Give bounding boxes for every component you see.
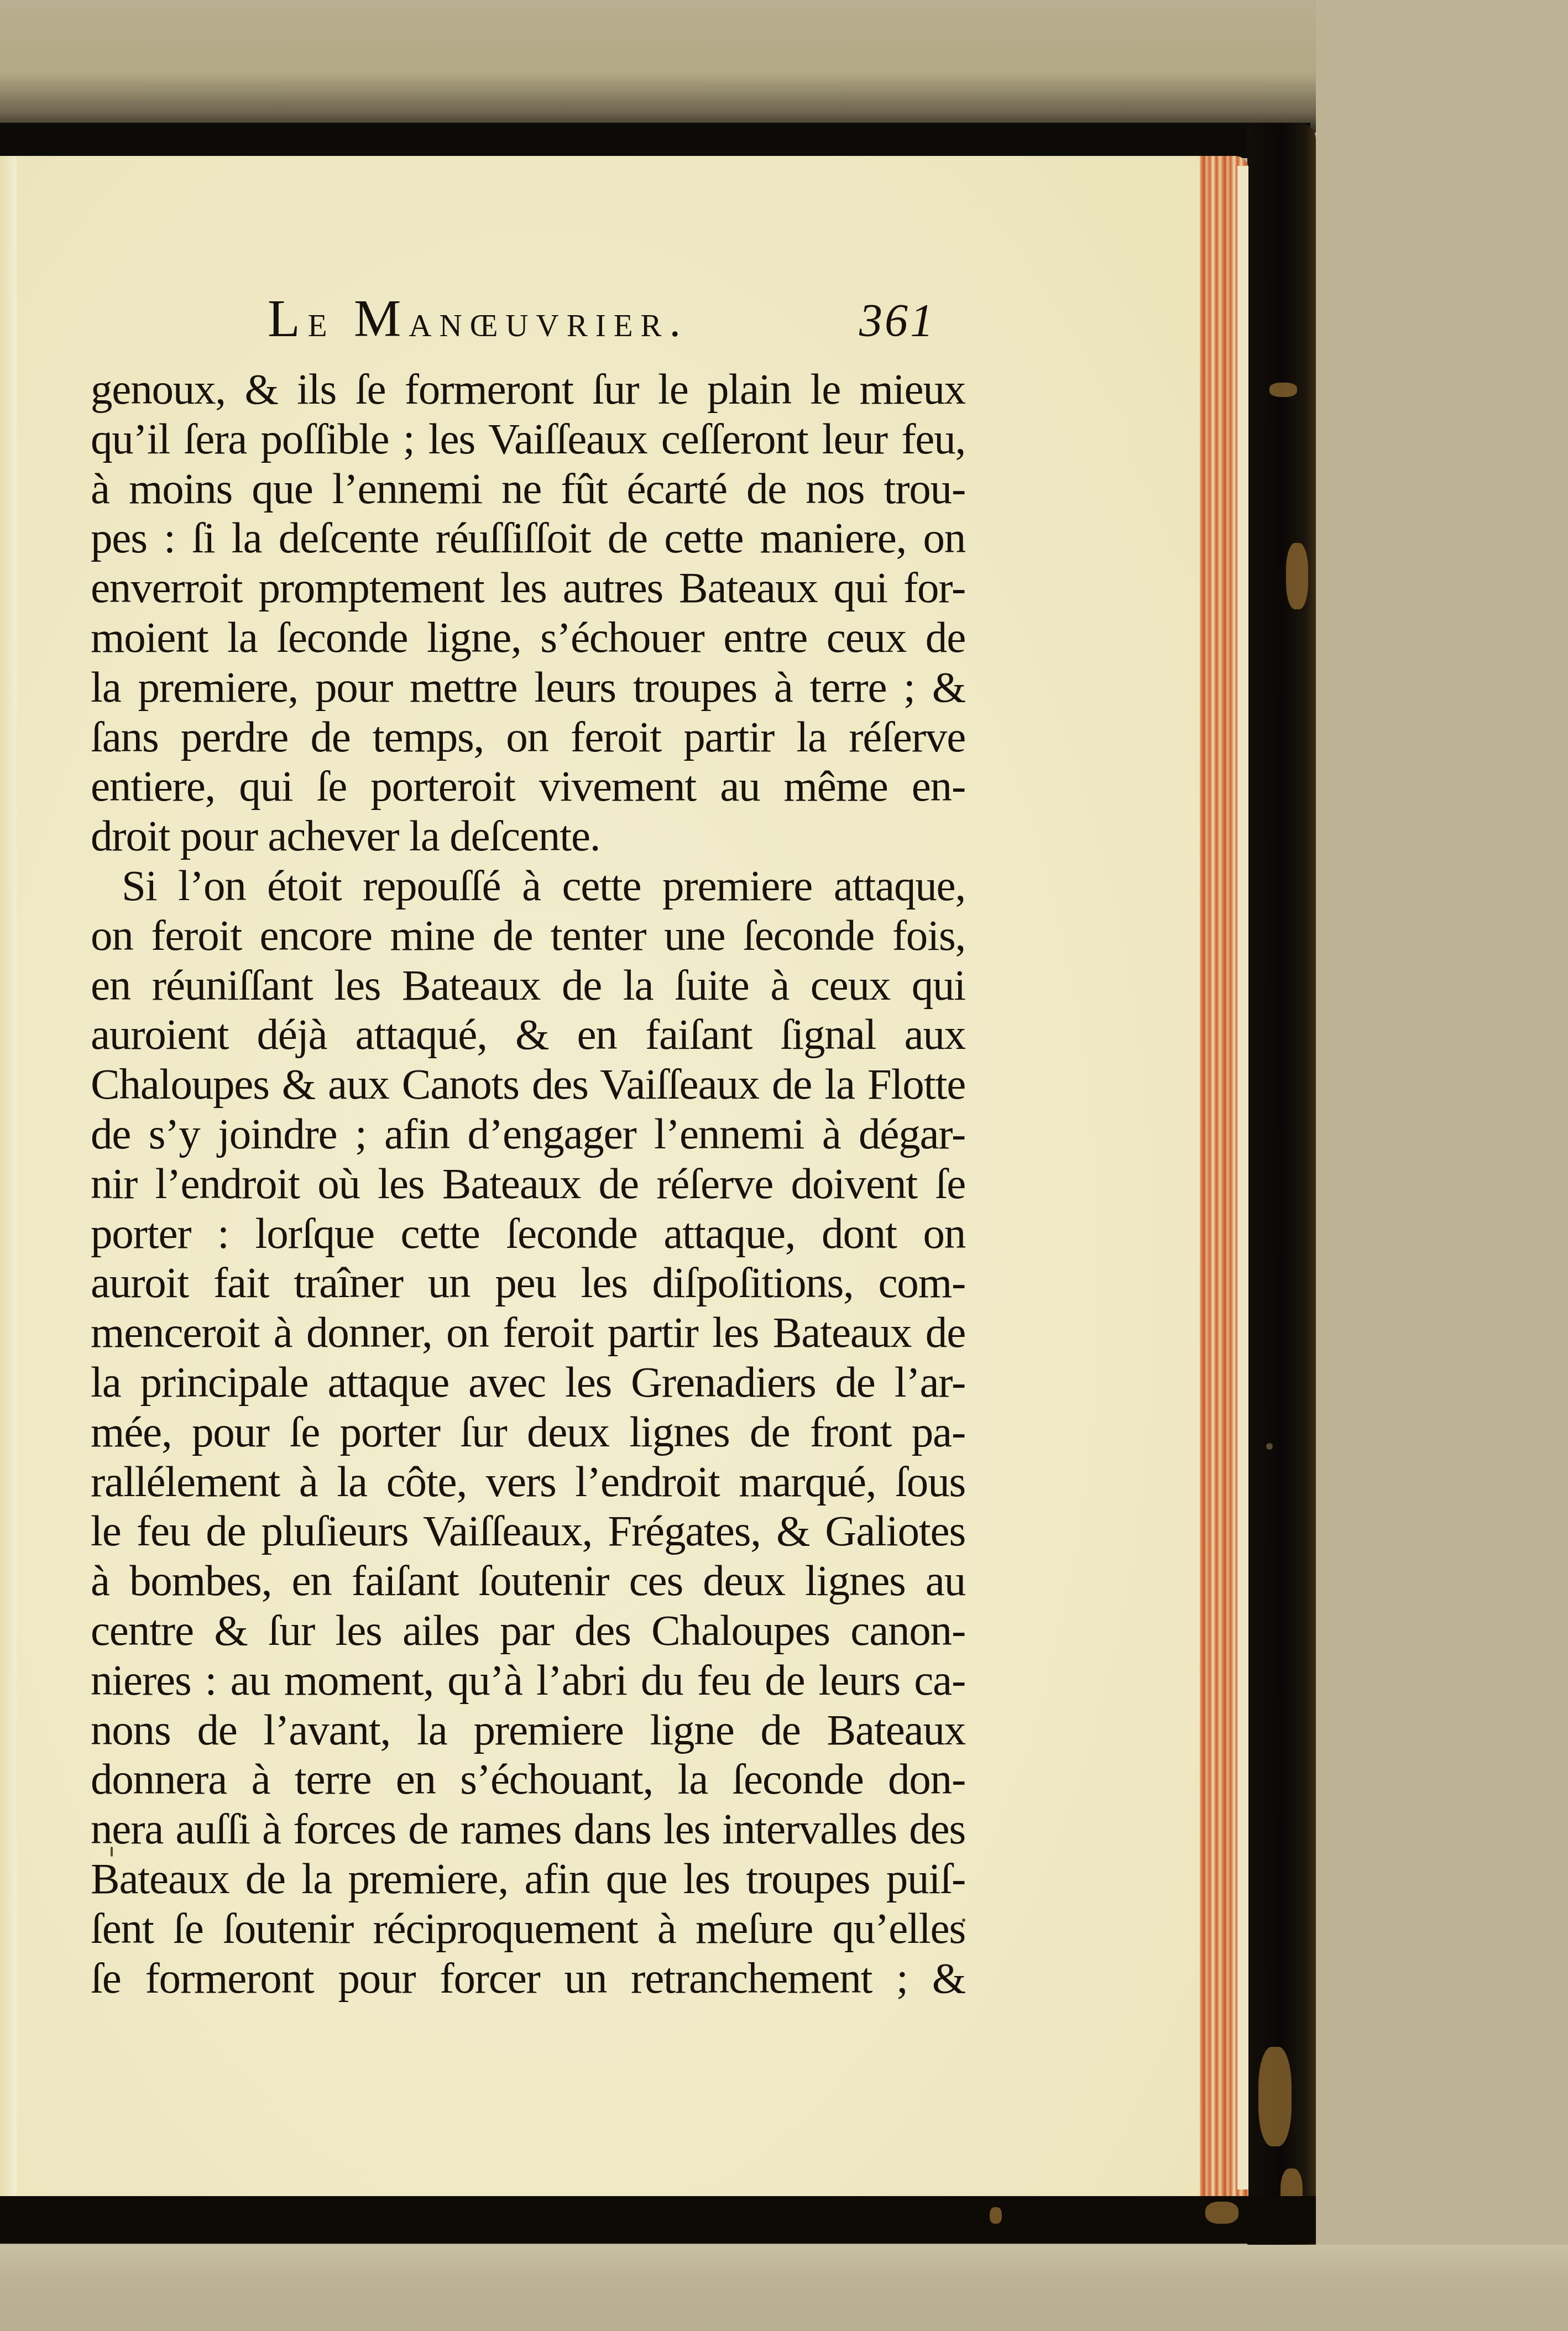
cover-wear-mark — [1258, 2047, 1292, 2146]
book-cover-top-edge — [0, 123, 1310, 158]
text-line: ſans perdre de temps, on feroit partir l… — [91, 713, 965, 762]
text-line: auroient déjà attaqué, & en faiſant ſign… — [91, 1010, 965, 1060]
cover-wear-mark — [1269, 383, 1297, 397]
body-text: genoux, & ils ſe formeront ſur le plain … — [91, 365, 965, 2003]
text-line: entiere, qui ſe porteroit vivement au mê… — [91, 762, 965, 812]
text-line: enverroit promptement les autres Bateaux… — [91, 563, 965, 613]
page-fore-edge-inner — [1237, 166, 1248, 2189]
text-line: à bombes, en faiſant ſoutenir ces deux l… — [91, 1556, 965, 1606]
book-cover-spine-edge — [1247, 123, 1316, 2245]
paper-speck — [962, 1919, 965, 1922]
book-cover-bottom-edge — [0, 2196, 1316, 2244]
text-line: moient la ſeconde ligne, s’échouer entre… — [91, 613, 965, 663]
cover-wear-mark — [1205, 2202, 1238, 2224]
text-line: ſent ſe ſoutenir réciproquement à meſure… — [91, 1904, 965, 1954]
text-line: menceroit à donner, on feroit partir les… — [91, 1308, 965, 1358]
page-number: 361 — [859, 294, 935, 348]
scanner-background-right — [1316, 0, 1568, 2331]
cover-wear-mark — [1286, 543, 1308, 609]
paper-speck — [1266, 1443, 1273, 1450]
text-line: en réuniſſant les Bateaux de la ſuite à … — [91, 961, 965, 1011]
text-line: le feu de pluſieurs Vaiſſeaux, Frégates,… — [91, 1507, 965, 1556]
text-line: pes : ſi la deſcente réuſſiſſoit de cett… — [91, 514, 965, 563]
page-gutter — [0, 156, 17, 2196]
text-line: nera auſſi à forces de rames dans les in… — [91, 1805, 965, 1854]
text-line: porter : lorſque cette ſeconde attaque, … — [91, 1209, 965, 1259]
text-line: à moins que l’ennemi ne fût écarté de no… — [91, 464, 965, 514]
title-initial-l: L — [268, 289, 308, 348]
text-line: on feroit encore mine de tenter une ſeco… — [91, 911, 965, 961]
title-word-manoeuvrier: anœuvrier. — [409, 296, 688, 346]
text-line: la principale attaque avec les Grenadier… — [91, 1358, 965, 1408]
text-line-paragraph-end: droit pour achever la deſcente. — [91, 812, 965, 861]
text-line: nir l’endroit où les Bateaux de réſerve … — [91, 1159, 965, 1209]
running-head-title: Le Manœuvrier. — [268, 288, 688, 349]
text-line: rallélement à la côte, vers l’endroit ma… — [91, 1457, 965, 1507]
text-line: de s’y joindre ; afin d’engager l’ennemi… — [91, 1110, 965, 1159]
text-line: auroit fait traîner un peu les diſpoſiti… — [91, 1258, 965, 1308]
cover-wear-mark — [990, 2207, 1002, 2224]
text-line: genoux, & ils ſe formeront ſur le plain … — [91, 365, 965, 415]
text-line: mée, pour ſe porter ſur deux lignes de f… — [91, 1408, 965, 1457]
text-line: nons de l’avant, la premiere ligne de Ba… — [91, 1706, 965, 1755]
paper-speck — [111, 1847, 113, 1857]
text-line: centre & ſur les ailes par des Chaloupes… — [91, 1606, 965, 1656]
text-line: Chaloupes & aux Canots des Vaiſſeaux de … — [91, 1060, 965, 1110]
text-line: nieres : au moment, qu’à l’abri du feu d… — [91, 1656, 965, 1706]
running-head: Le Manœuvrier. 361 — [268, 288, 997, 348]
text-line: ſe formeront pour forcer un retranchemen… — [91, 1954, 965, 2004]
scanner-background-bottom — [0, 2245, 1568, 2331]
title-word-le: e — [308, 296, 354, 346]
text-line: la premiere, pour mettre leurs troupes à… — [91, 663, 965, 713]
text-line-paragraph-start: Si l’on étoit repouſſé à cette premiere … — [91, 861, 965, 911]
title-initial-m: M — [354, 289, 409, 348]
text-line: Bateaux de la premiere, afin que les tro… — [91, 1854, 965, 1904]
text-line: qu’il ſera poſſible ; les Vaiſſeaux ceſſ… — [91, 415, 965, 464]
text-line: donnera à terre en s’échouant, la ſecond… — [91, 1755, 965, 1805]
